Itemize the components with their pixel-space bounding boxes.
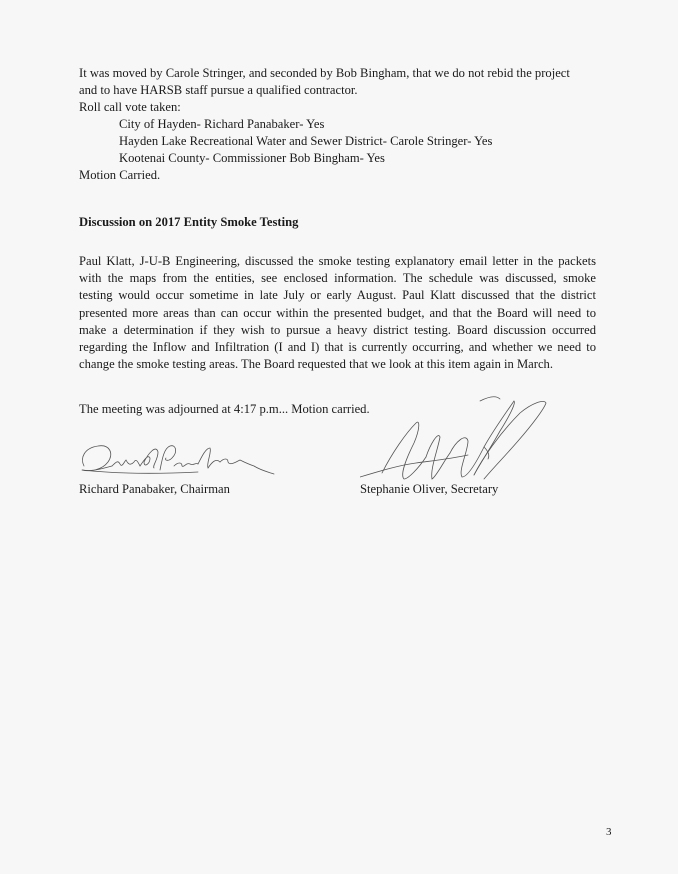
discussion-line: testing would occur sometime in late Jul… <box>79 287 596 304</box>
vote-kootenai-county: Kootenai County- Commissioner Bob Bingha… <box>119 150 385 167</box>
motion-result: Motion Carried. <box>79 167 160 184</box>
motion-line-1: It was moved by Carole Stringer, and sec… <box>79 65 570 82</box>
discussion-line: with the maps from the entities, see enc… <box>79 270 596 287</box>
discussion-line: make a determination if they wish to pur… <box>79 322 596 339</box>
discussion-line: presented more areas than can occur with… <box>79 305 596 322</box>
adjournment-text: The meeting was adjourned at 4:17 p.m...… <box>79 401 370 418</box>
vote-hayden-lake: Hayden Lake Recreational Water and Sewer… <box>119 133 492 150</box>
chairman-signature <box>78 440 278 482</box>
section-heading: Discussion on 2017 Entity Smoke Testing <box>79 214 298 231</box>
discussion-line: regarding the Inflow and Infiltration (I… <box>79 339 596 356</box>
secretary-name: Stephanie Oliver, Secretary <box>360 481 498 498</box>
chairman-name: Richard Panabaker, Chairman <box>79 481 230 498</box>
discussion-line: Paul Klatt, J-U-B Engineering, discussed… <box>79 253 596 270</box>
roll-call-label: Roll call vote taken: <box>79 99 181 116</box>
discussion-paragraph: Paul Klatt, J-U-B Engineering, discussed… <box>79 253 596 373</box>
page-number: 3 <box>606 826 612 838</box>
secretary-signature <box>360 393 550 493</box>
motion-line-2: and to have HARSB staff pursue a qualifi… <box>79 82 358 99</box>
discussion-line-last: change the smoke testing areas. The Boar… <box>79 356 596 373</box>
vote-city-of-hayden: City of Hayden- Richard Panabaker- Yes <box>119 116 324 133</box>
document-page: It was moved by Carole Stringer, and sec… <box>0 0 678 874</box>
